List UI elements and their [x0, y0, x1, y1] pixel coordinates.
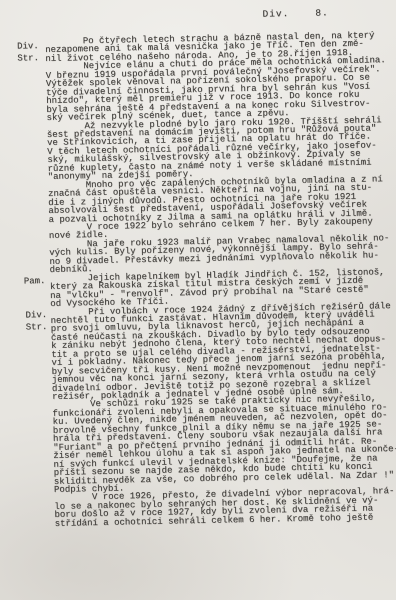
document-page: Div. 8. Div. Str. Pam. Div. Str. Po čtyř…	[0, 0, 396, 600]
paragraph-1926-1927: V roce 1926, přesto, že divadelní výbor …	[54, 487, 396, 528]
page-number: 8.	[315, 7, 329, 18]
paragraph-1920: Až nezvykle plodné bylo jaro roku 1920. …	[47, 116, 396, 182]
paragraph-1919: Nejvíce elánu a chuti do práce měla ocho…	[45, 56, 394, 122]
paragraph-1925: Ve schůzi roku 1925 se také prakticky ni…	[52, 394, 396, 494]
margin-note-pam: Pam.	[24, 275, 46, 287]
header-section-label: Div.	[262, 8, 289, 20]
paragraph-1924: Při volbách v roce 1924 žádný z dřívější…	[50, 301, 396, 401]
scan-content: Div. 8. Div. Str. Pam. Div. Str. Po čtyř…	[0, 0, 396, 600]
paragraph-1921-1922: Mnoho pro věc zapálených ochotníků byla …	[48, 175, 396, 241]
margin-note-div-str-1: Div. Str.	[17, 40, 39, 64]
page-header: Div. 8.	[262, 7, 328, 19]
margin-note-div-str-2: Div. Str.	[25, 309, 47, 333]
typewritten-body: Po čtyřech letech strachu a bázně nastal…	[45, 31, 396, 528]
